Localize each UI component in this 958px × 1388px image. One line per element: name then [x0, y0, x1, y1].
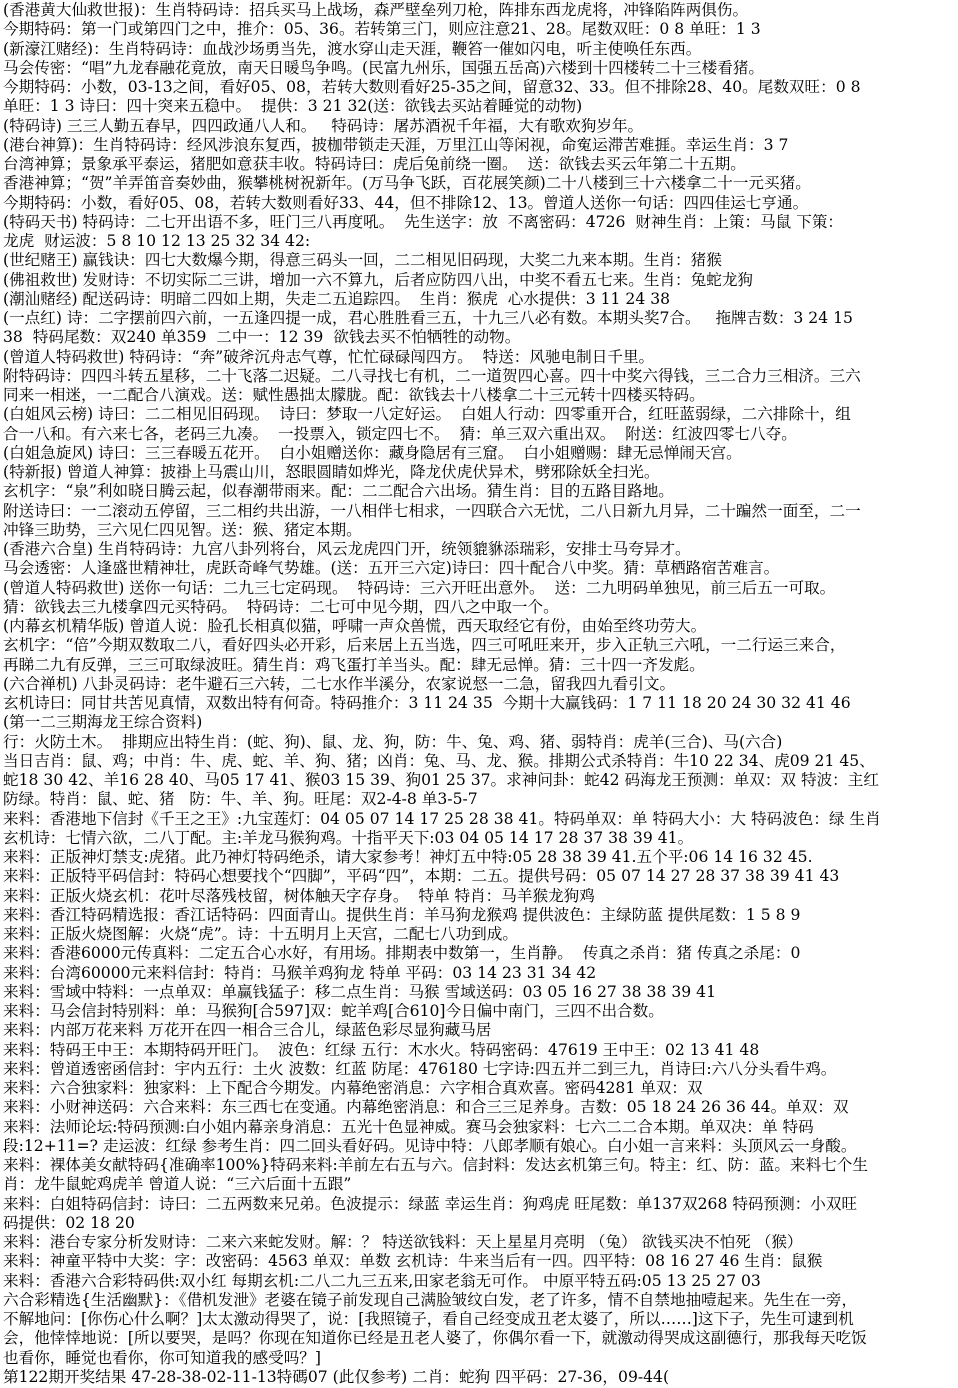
- text-line: 台湾神算；景象承平泰运，猪肥如意获丰收。特码诗曰：虎后兔前绕一圈。 送：欲钱去买…: [3, 155, 956, 174]
- text-line: 玄机诗：七情六欲，二八丁配。主:羊龙马猴狗鸡。十指平天下:03 04 05 14…: [3, 829, 956, 848]
- text-line: 附特码诗：四四斗转五星移，二十飞落二迟疑。二八寻找七有机，二一道贺四心喜。四十中…: [3, 367, 956, 386]
- text-line: 马会传密：“唱”九龙春融花竟放，南天日暖鸟争鸣。(民富九州乐，国强五岳高)六楼到…: [3, 59, 956, 78]
- text-line: 来料：曾道透密函信封：宇内五行：土火 波数：红蓝 防尾：476180 七字诗:四…: [3, 1060, 956, 1079]
- text-line: 同来一相迷，一二配合八演戏。送：赋性愚拙太朦胧。配：欲钱去十八楼拿二十三元转十四…: [3, 386, 956, 405]
- text-line: 再睇二九有反弹，三三可取绿波旺。猜生肖：鸡飞蛋打羊当头。配：肆无忌惮。猜：三十四…: [3, 656, 956, 675]
- text-line: 段:12+11=? 走运波：红绿 参考生肖：四二回头看好码。见诗中特：八郎孝顺有…: [3, 1137, 956, 1156]
- text-line: 当日吉肖：鼠、鸡；中肖：牛、虎、蛇、羊、狗、猪；凶肖：兔、马、龙、猴。排期公式杀…: [3, 752, 956, 771]
- text-line: 今期特码：小数，03-13之间，看好05、08，若转大数则看好25-35之间，留…: [3, 78, 956, 97]
- text-line: (潮汕赌经) 配送码诗：明暗二四如上期，失走二五追踪四。 生肖：猴虎 心水提供：…: [3, 290, 956, 309]
- text-line: 来料：内部万花来料 万花开在四一相合三合儿，绿蓝色彩尽显狗藏马居: [3, 1021, 956, 1040]
- text-line: (特码诗) 三三人勤五春早，四四政通八人和。 特码诗：屠苏酒祝千年福，大有歌欢狗…: [3, 117, 956, 136]
- text-line: 来料：正版神灯禁支:虎猪。此乃神灯特码绝杀，请大家参考！神灯五中特:05 28 …: [3, 848, 956, 867]
- text-line: (香港六合皇) 生肖特码诗：九宫八卦列将台，风云龙虎四门开，统领貔貅添瑞彩，安排…: [3, 540, 956, 559]
- text-line: 会，他悻悻地说：[所以要哭，是吗？你现在知道你已经是丑老人婆了，你偶尔看一下，就…: [3, 1329, 956, 1348]
- text-line: 来料：香江特码精选报：香江话特码：四面青山。提供生肖：羊马狗龙猴鸡 提供波色：主…: [3, 906, 956, 925]
- text-line: 防绿。特肖：鼠、蛇、猪 防：牛、羊、狗。旺尾：双2-4-8 单3-5-7: [3, 790, 956, 809]
- text-line: 冲锋三助势，三六见仁四见智。送：猴、猪定本期。: [3, 521, 956, 540]
- text-line: (港台神算)：生肖特码诗：经风涉浪东复西，披枷带锁走天涯，万里江山等闲视，命寃运…: [3, 136, 956, 155]
- text-line: (第一二三期海龙王综合资料): [3, 713, 956, 732]
- text-line: 行：火防土木。 排期应出特生肖：(蛇、狗)、鼠、龙、狗，防：牛、兔、鸡、猪、弱特…: [3, 733, 956, 752]
- draw-result-line: 第122期开奖结果 47-28-38-02-11-13特碼07 (此仅参考) 二…: [3, 1368, 956, 1387]
- text-line: 来料：雪域中特料：一点单双：单赢钱猛子：移二点生肖：马猴 雪域送码：03 05 …: [3, 983, 956, 1002]
- text-line: (白姐风云榜) 诗曰：二二相见旧码现。 诗曰：梦取一八定好运。 白姐人行动：四零…: [3, 405, 956, 424]
- text-line: 来料：小财神送码：六合来料：东三西七在变通。内幕绝密消息：和合三三足养身。吉数：…: [3, 1098, 956, 1117]
- text-line: 六合彩精选{生活幽默}：《借机发泄》老婆在镜子前发现自己满脸皱纹白发，老了许多，…: [3, 1291, 956, 1310]
- text-line: 马会透密：人逢盛世精神壮，虎跃奇峰气势雄。(送：五开三六定)诗曰：四十配合八中奖…: [3, 559, 956, 578]
- text-line: 玄机字：“倍”今期双数取二八，看好四头必开彩，后来居上五当选，四三可吼旺来开，步…: [3, 636, 956, 655]
- text-line: (六合禅机) 八卦灵码诗：老牛避石三六转，二七水作半溪分，农家说惄一二急，留我四…: [3, 675, 956, 694]
- text-line: 单旺：1 3 诗曰：四十突来五稳中。 提供：3 21 32(送：欲钱去买站着睡觉…: [3, 97, 956, 116]
- text-line: 来料：香港6000元传真料：二定五合心水好，有用场。排期表中数第一，生肖静。 传…: [3, 944, 956, 963]
- text-line: (特新报) 曾道人神算：披褂上马震山川，怒眼圆睛如烨光，降龙伏虎伏异术，劈邪除妖…: [3, 463, 956, 482]
- text-line: (佛祖救世) 发财诗：不切实际二三讲，增加一六不算九，后者应防四八出，中奖不看五…: [3, 271, 956, 290]
- text-line: 肖：龙牛鼠蛇鸡虎羊 曾道人说：“三六后面十五跟”: [3, 1175, 956, 1194]
- text-line: 来料：台湾60000元来料信封：特肖：马猴羊鸡狗龙 特单 平码：03 14 23…: [3, 964, 956, 983]
- text-line: 今期特码：第一门或第四门之中，推介：05、36。若转第三门，则应注意21、28。…: [3, 20, 956, 39]
- text-line: 香港神算；“贺”羊弄笛音奏妙曲，猴攀桃树祝新年。(万马争飞跃，百花展笑颜)二十八…: [3, 174, 956, 193]
- text-line: 猜：欲钱去三九楼拿四元买特码。 特码诗：二七可中见今期，四八之中取一个。: [3, 598, 956, 617]
- text-line: 也看你，睡觉也看你，你可知道我的感受吗？]: [3, 1349, 956, 1368]
- text-line: (世纪赌王) 赢钱诀：四七大数爆今期，得意三码头一回，二二相见旧码现，大奖二九来…: [3, 251, 956, 270]
- text-line: 来料：正版火烧玄机：花叶尽落残枝留，树体触天字存身。 特单 特肖：马羊猴龙狗鸡: [3, 887, 956, 906]
- text-line: 来料：马会信封特别料：单：马猴狗[合597]双：蛇羊鸡[合610]今日偏中南门，…: [3, 1002, 956, 1021]
- text-line: 蛇18 30 42、羊16 28 40、马05 17 41、猴03 15 39、…: [3, 771, 956, 790]
- text-line: (一点红) 诗：二字摆前四六前，一五逢四提一成，君心胜胜看三五，十九三八必有数。…: [3, 309, 956, 328]
- text-line: 龙虎 财运波：5 8 10 12 13 25 32 34 42:: [3, 232, 956, 251]
- text-line: 码提供：02 18 20: [3, 1214, 956, 1233]
- text-line: 来料：白姐特码信封：诗曰：二五两数来兄弟。色波提示：绿蓝 幸运生肖：狗鸡虎 旺尾…: [3, 1195, 956, 1214]
- text-line: 合一八和。有六来七各，老码三九凑。 一投票入，锁定四七不。 猜：单三双六重出双。…: [3, 425, 956, 444]
- text-line: 来料：六合独家料：独家料：上下配合今期发。内幕绝密消息：六字相合真欢喜。密码42…: [3, 1079, 956, 1098]
- text-line: (香港黄大仙救世报)：生肖特码诗：招兵买马上战场，森严壁垒列刀枪，阵排东西龙虎将…: [3, 1, 956, 20]
- text-line: (内幕玄机精华版) 曾道人说：脸孔长相真似猫，呼啸一声众兽慌，西天取经它有份，由…: [3, 617, 956, 636]
- lottery-tip-sheet-page: (香港黄大仙救世报)：生肖特码诗：招兵买马上战场，森严壁垒列刀枪，阵排东西龙虎将…: [0, 0, 958, 1388]
- text-line: 来料：香港六合彩特码供:双小红 每期玄机:二八二九三五来,田家老翁无可作。 中原…: [3, 1272, 956, 1291]
- text-line: 来料：正版火烧图解：火烧“虎”。诗：十五明月上天宫，二配七八功到成。: [3, 925, 956, 944]
- text-line: (曾道人特码救世) 特码诗：“奔”破斧沉舟志气尊，忙忙碌碌闯四方。 特送：风驰电…: [3, 348, 956, 367]
- text-line: (新濠江赌经)：生肖特码诗：血战沙场勇当先，渡水穿山走天涯，鞭笞一催如闪电，听主…: [3, 40, 956, 59]
- text-line: (特码天书) 特码诗：二七开出语不多，旺门三八再度吼。 先生送字：放 不离密码：…: [3, 213, 956, 232]
- text-line: 玄机诗曰：同甘共苦见真情，双数出特有何奇。特码推介：3 11 24 35 今期十…: [3, 694, 956, 713]
- text-line: 附送诗曰：一二滚动五停留，三二相约共出游，一八相伴七相求，一四联合六无忧，二八日…: [3, 502, 956, 521]
- text-line: 38 特码尾数：双240 单359 二中一：12 39 欲钱去买不怕牺牲的动物。: [3, 328, 956, 347]
- text-line: 来料：特码王中王：本期特码开旺门。 波色：红绿 五行：木水火。特码密码：4761…: [3, 1041, 956, 1060]
- text-line: 玄机字：“泉”利如晓日腾云起，似春潮带雨来。配：二二配合六出场。猜生肖：目的五路…: [3, 482, 956, 501]
- text-line: 来料：裸体美女献特码{准确率100%}特码来料:羊前左右五与六。信封料：发达玄机…: [3, 1156, 956, 1175]
- text-line: 今期特码：小数，看好05、08，若转大数则看好33、44，但不排除12、13。曾…: [3, 194, 956, 213]
- text-line: 来料：正版特平码信封：特码心想要找个“四脚”，平码“四”，本期：二五。提供号码：…: [3, 867, 956, 886]
- text-line: 来料：神童平特中大奖：字：改密码：4563 单双：单数 玄机诗：牛来当后有一四。…: [3, 1252, 956, 1271]
- text-line: (白姐急旋风) 诗曰：三三春暖五花开。 白小姐赠送你：藏身隐居有三窟。 白小姐赠…: [3, 444, 956, 463]
- text-line: 不解地问：[你伤心什么啊？]太太激动得哭了，说：[我照镜子，看自己经变成丑老太婆…: [3, 1310, 956, 1329]
- text-line: (曾道人特码救世) 送你一句话：二九三七定码现。 特码诗：三六开旺出意外。 送：…: [3, 579, 956, 598]
- text-line: 来料：香港地下信封《千王之王》:九宝莲灯：04 05 07 14 17 25 2…: [3, 810, 956, 829]
- text-line: 来料：港台专家分析发财诗：二来六来蛇发财。解：？ 特送欲钱料：天上星星月亮明 （…: [3, 1233, 956, 1252]
- text-line: 来料：法师论坛:特码预测:白小姐内幕亲身消息：五光十色显神威。赛马会独家料：七六…: [3, 1118, 956, 1137]
